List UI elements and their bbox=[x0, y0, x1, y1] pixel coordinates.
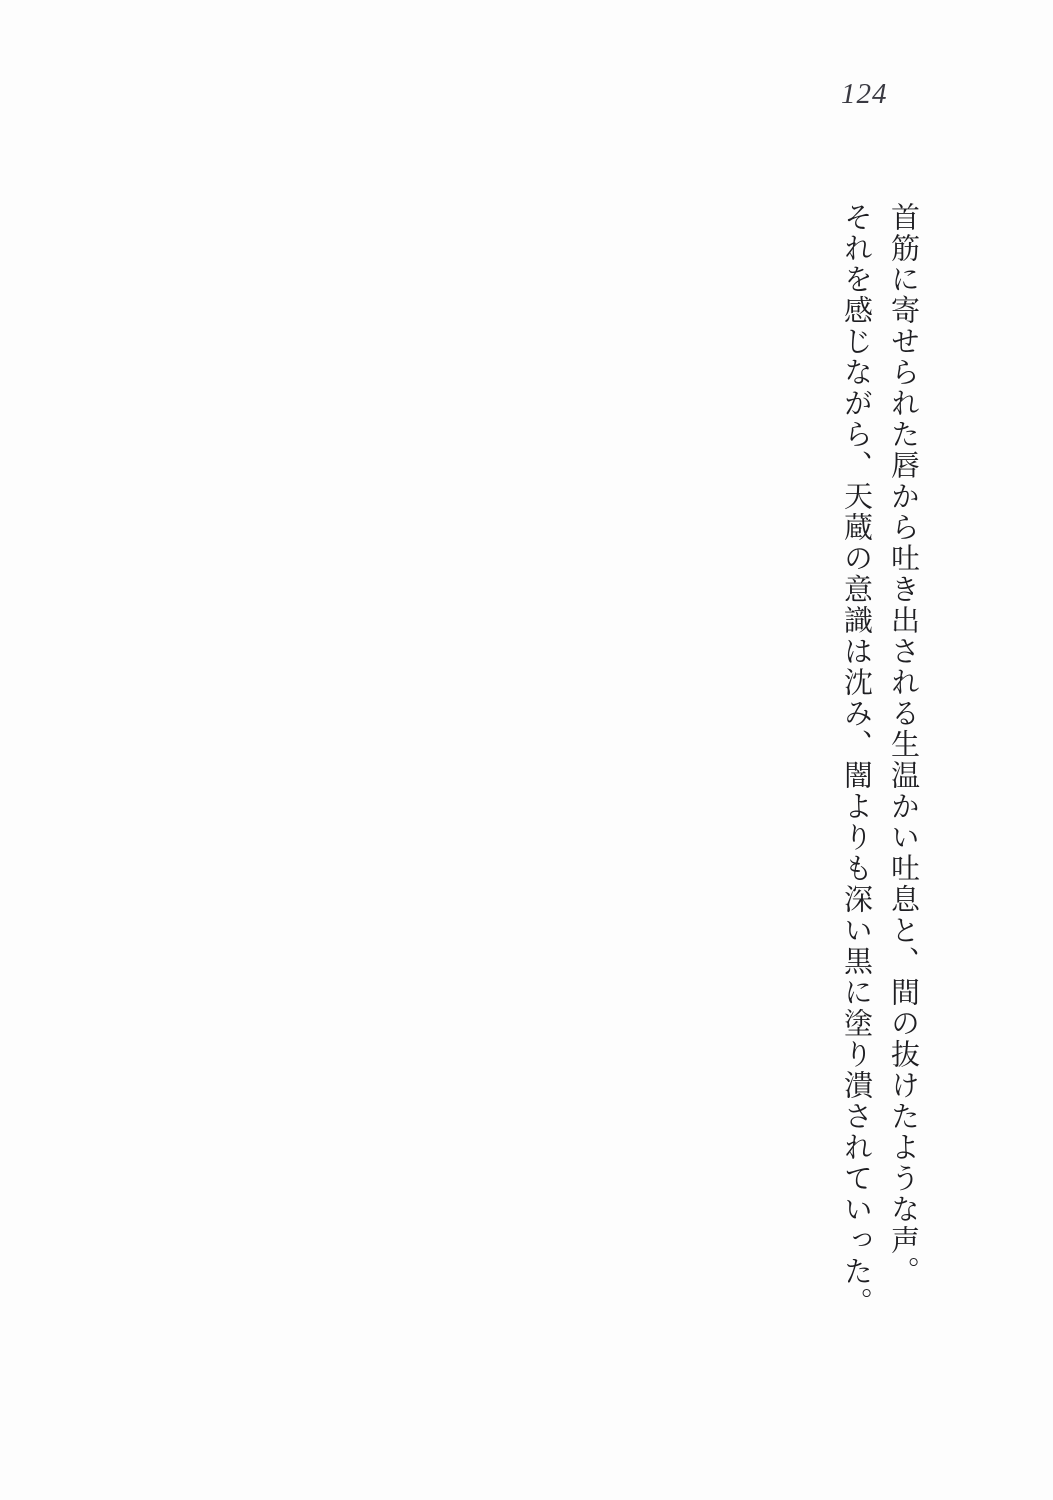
book-page: 124 首筋に寄せられた唇から吐き出される生温かい吐息と、間の抜けたような声。 … bbox=[0, 0, 1053, 1500]
body-text: 首筋に寄せられた唇から吐き出される生温かい吐息と、間の抜けたような声。 それを感… bbox=[832, 202, 926, 1382]
page-number: 124 bbox=[841, 78, 888, 111]
text-line-1: 首筋に寄せられた唇から吐き出される生温かい吐息と、間の抜けたような声。 bbox=[879, 202, 926, 1382]
text-line-2: それを感じながら、天蔵の意識は沈み、闇よりも深い黒に塗り潰されていった。 bbox=[832, 202, 879, 1382]
